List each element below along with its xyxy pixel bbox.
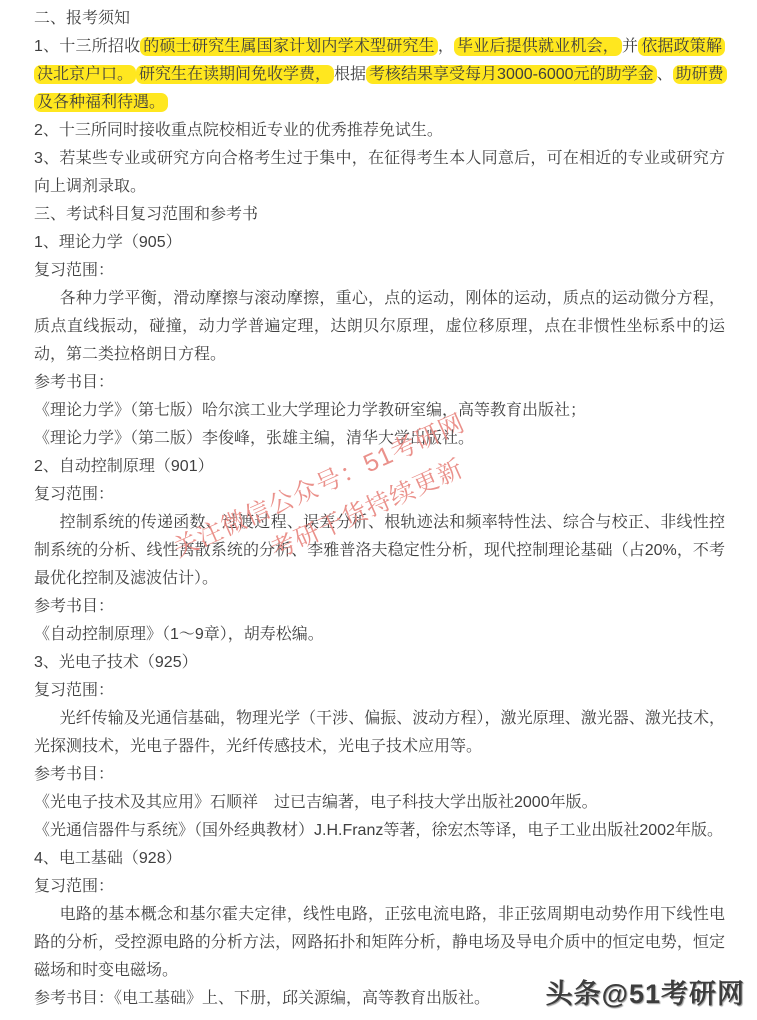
subject-2-title: 2、自动控制原理（901） [34,453,725,481]
subject-3-ref-2: 《光通信器件与系统》（国外经典教材）J.H.Franz等著，徐宏杰等译，电子工业… [34,817,725,845]
subject-1-scope: 各种力学平衡，滑动摩擦与滚动摩擦，重心，点的运动，刚体的运动，质点的运动微分方程… [34,285,725,369]
notice-item-3: 3、若某些专业或研究方向合格考生过于集中，在征得考生本人同意后，可在相近的专业或… [34,145,725,201]
text-run: 、 [657,66,673,83]
review-scope-label: 复习范围： [34,257,725,285]
review-scope-label: 复习范围： [34,481,725,509]
text-run: ， [438,38,454,55]
subject-1-ref-1: 《理论力学》（第七版）哈尔滨工业大学理论力学教研室编，高等教育出版社； [34,397,725,425]
subject-1-title: 1、理论力学（905） [34,229,725,257]
subject-2-scope: 控制系统的传递函数、过渡过程、误差分析、根轨迹法和频率特性法、综合与校正、非线性… [34,509,725,593]
text-run: 根据 [334,66,366,83]
subject-2-ref-1: 《自动控制原理》（1～9章），胡寿松编。 [34,621,725,649]
reference-label: 参考书目： [34,369,725,397]
reference-label: 参考书目： [34,593,725,621]
section-heading-2: 二、报考须知 [34,5,725,33]
subject-1-ref-2: 《理论力学》（第二版）李俊峰，张雄主编，清华大学出版社。 [34,425,725,453]
highlighted-text: 研究生在读期间免收学费， [136,65,334,84]
subject-4-title: 4、电工基础（928） [34,845,725,873]
highlighted-text: 考核结果享受每月3000-6000元的助学金 [366,65,657,84]
document-body: 二、报考须知1、十三所招收的硕士研究生属国家计划内学术型研究生，毕业后提供就业机… [0,0,757,1013]
notice-item-2: 2、十三所同时接收重点院校相近专业的优秀推荐免试生。 [34,117,725,145]
toutiao-51kaoyan-badge: 头条@51考研网 [546,972,745,1011]
reference-label: 参考书目： [34,761,725,789]
text-run: 并 [622,38,638,55]
section-heading-3: 三、考试科目复习范围和参考书 [34,201,725,229]
text-run: 1、十三所招收 [34,38,140,55]
highlighted-text: 毕业后提供就业机会， [454,37,622,56]
subject-3-scope: 光纤传输及光通信基础，物理光学（干涉、偏振、波动方程），激光原理、激光器、激光技… [34,705,725,761]
document-page: 二、报考须知1、十三所招收的硕士研究生属国家计划内学术型研究生，毕业后提供就业机… [0,0,757,1020]
subject-3-title: 3、光电子技术（925） [34,649,725,677]
subject-3-ref-1: 《光电子技术及其应用》石顺祥 过已吉编著，电子科技大学出版社2000年版。 [34,789,725,817]
highlighted-text: 的硕士研究生属国家计划内学术型研究生 [140,37,438,56]
notice-item-1: 1、十三所招收的硕士研究生属国家计划内学术型研究生，毕业后提供就业机会，并依据政… [34,33,725,117]
review-scope-label: 复习范围： [34,677,725,705]
review-scope-label: 复习范围： [34,873,725,901]
